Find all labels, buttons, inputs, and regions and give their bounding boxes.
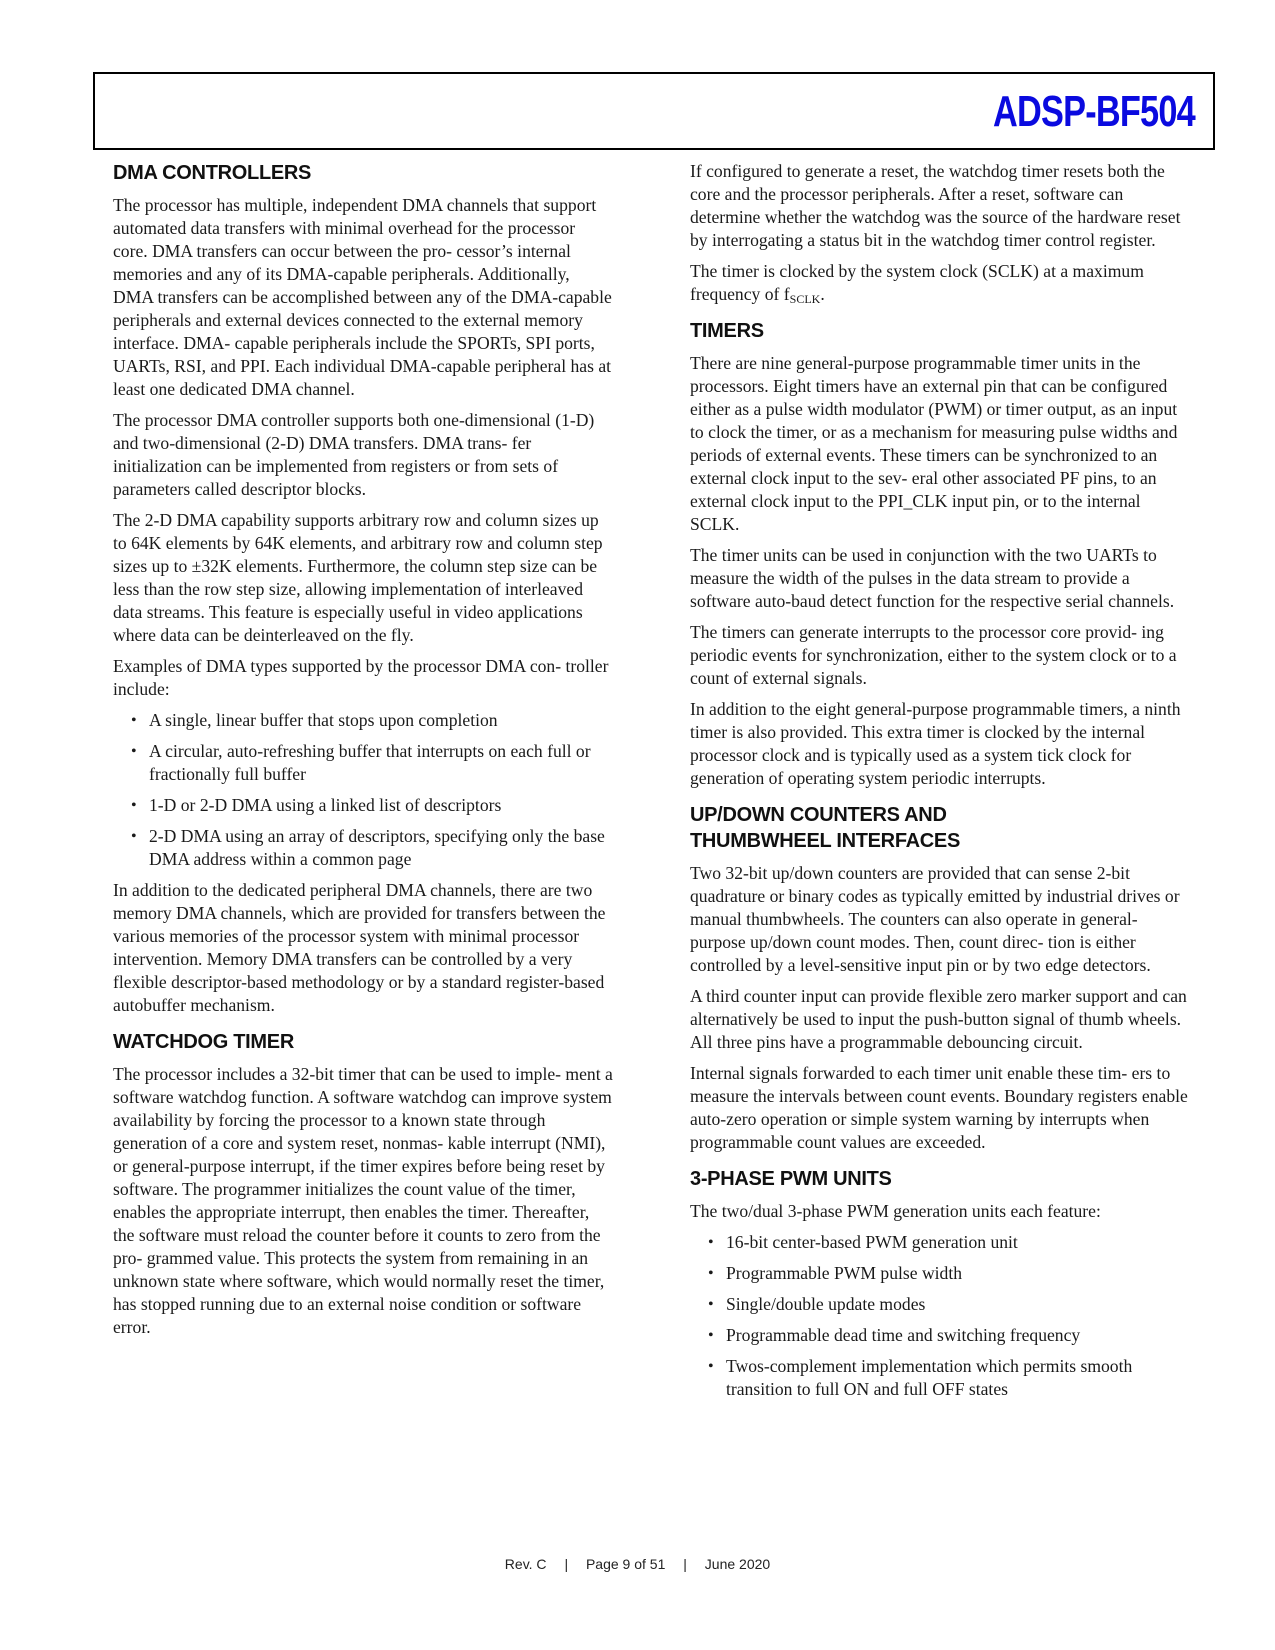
separator: | (683, 1556, 687, 1572)
paragraph: In addition to the eight general-purpose… (690, 698, 1190, 790)
section-heading: DMA CONTROLLERS (113, 160, 613, 186)
paragraph: Internal signals forwarded to each timer… (690, 1062, 1190, 1154)
list-item: A single, linear buffer that stops upon … (149, 709, 613, 732)
list-item: Single/double update modes (726, 1293, 1190, 1316)
separator: | (564, 1556, 568, 1572)
date: June 2020 (705, 1556, 770, 1572)
section-heading: WATCHDOG TIMER (113, 1029, 613, 1055)
paragraph: The timer is clocked by the system clock… (690, 260, 1190, 306)
paragraph: If configured to generate a reset, the w… (690, 160, 1190, 252)
section-heading: 3-PHASE PWM UNITS (690, 1166, 1190, 1192)
page-number: Page 9 of 51 (586, 1556, 665, 1572)
paragraph: The 2-D DMA capability supports arbitrar… (113, 509, 613, 647)
text: . (820, 284, 824, 304)
section-3-phase-pwm: 3-PHASE PWM UNITS The two/dual 3-phase P… (690, 1166, 1190, 1401)
pwm-features-list: 16-bit center-based PWM generation unit … (690, 1231, 1190, 1401)
paragraph: Examples of DMA types supported by the p… (113, 655, 613, 701)
section-heading: UP/DOWN COUNTERS ANDTHUMBWHEEL INTERFACE… (690, 802, 1190, 854)
list-item: A circular, auto-refreshing buffer that … (149, 740, 613, 786)
revision: Rev. C (505, 1556, 547, 1572)
list-item: Programmable dead time and switching fre… (726, 1324, 1190, 1347)
paragraph: The processor DMA controller supports bo… (113, 409, 613, 501)
left-column: DMA CONTROLLERS The processor has multip… (113, 160, 613, 1347)
list-item: Programmable PWM pulse width (726, 1262, 1190, 1285)
section-watchdog-timer: WATCHDOG TIMER The processor includes a … (113, 1029, 613, 1339)
dma-types-list: A single, linear buffer that stops upon … (113, 709, 613, 871)
paragraph: The two/dual 3-phase PWM generation unit… (690, 1200, 1190, 1223)
text: The timer is clocked by the system clock… (690, 261, 1144, 304)
header-box: ADSP-BF504 (93, 72, 1215, 150)
paragraph: The timers can generate interrupts to th… (690, 621, 1190, 690)
section-timers: TIMERS There are nine general-purpose pr… (690, 318, 1190, 790)
paragraph: The timer units can be used in conjuncti… (690, 544, 1190, 613)
paragraph: The processor has multiple, independent … (113, 194, 613, 401)
document-title: ADSP-BF504 (993, 80, 1195, 144)
paragraph: The processor includes a 32-bit timer th… (113, 1063, 613, 1339)
section-watchdog-continued: If configured to generate a reset, the w… (690, 160, 1190, 306)
paragraph: In addition to the dedicated peripheral … (113, 879, 613, 1017)
paragraph: Two 32-bit up/down counters are provided… (690, 862, 1190, 977)
list-item: Twos-complement implementation which per… (726, 1355, 1190, 1401)
heading-line: THUMBWHEEL INTERFACES (690, 830, 960, 852)
section-heading: TIMERS (690, 318, 1190, 344)
section-up-down-counters: UP/DOWN COUNTERS ANDTHUMBWHEEL INTERFACE… (690, 802, 1190, 1154)
subscript: SCLK (790, 292, 821, 306)
list-item: 1-D or 2-D DMA using a linked list of de… (149, 794, 613, 817)
list-item: 2-D DMA using an array of descriptors, s… (149, 825, 613, 871)
paragraph: There are nine general-purpose programma… (690, 352, 1190, 536)
paragraph: A third counter input can provide flexib… (690, 985, 1190, 1054)
section-dma-controllers: DMA CONTROLLERS The processor has multip… (113, 160, 613, 1017)
right-column: If configured to generate a reset, the w… (690, 160, 1190, 1409)
page-footer: Rev. C | Page 9 of 51 | June 2020 (0, 1556, 1275, 1572)
list-item: 16-bit center-based PWM generation unit (726, 1231, 1190, 1254)
heading-line: UP/DOWN COUNTERS AND (690, 804, 947, 826)
